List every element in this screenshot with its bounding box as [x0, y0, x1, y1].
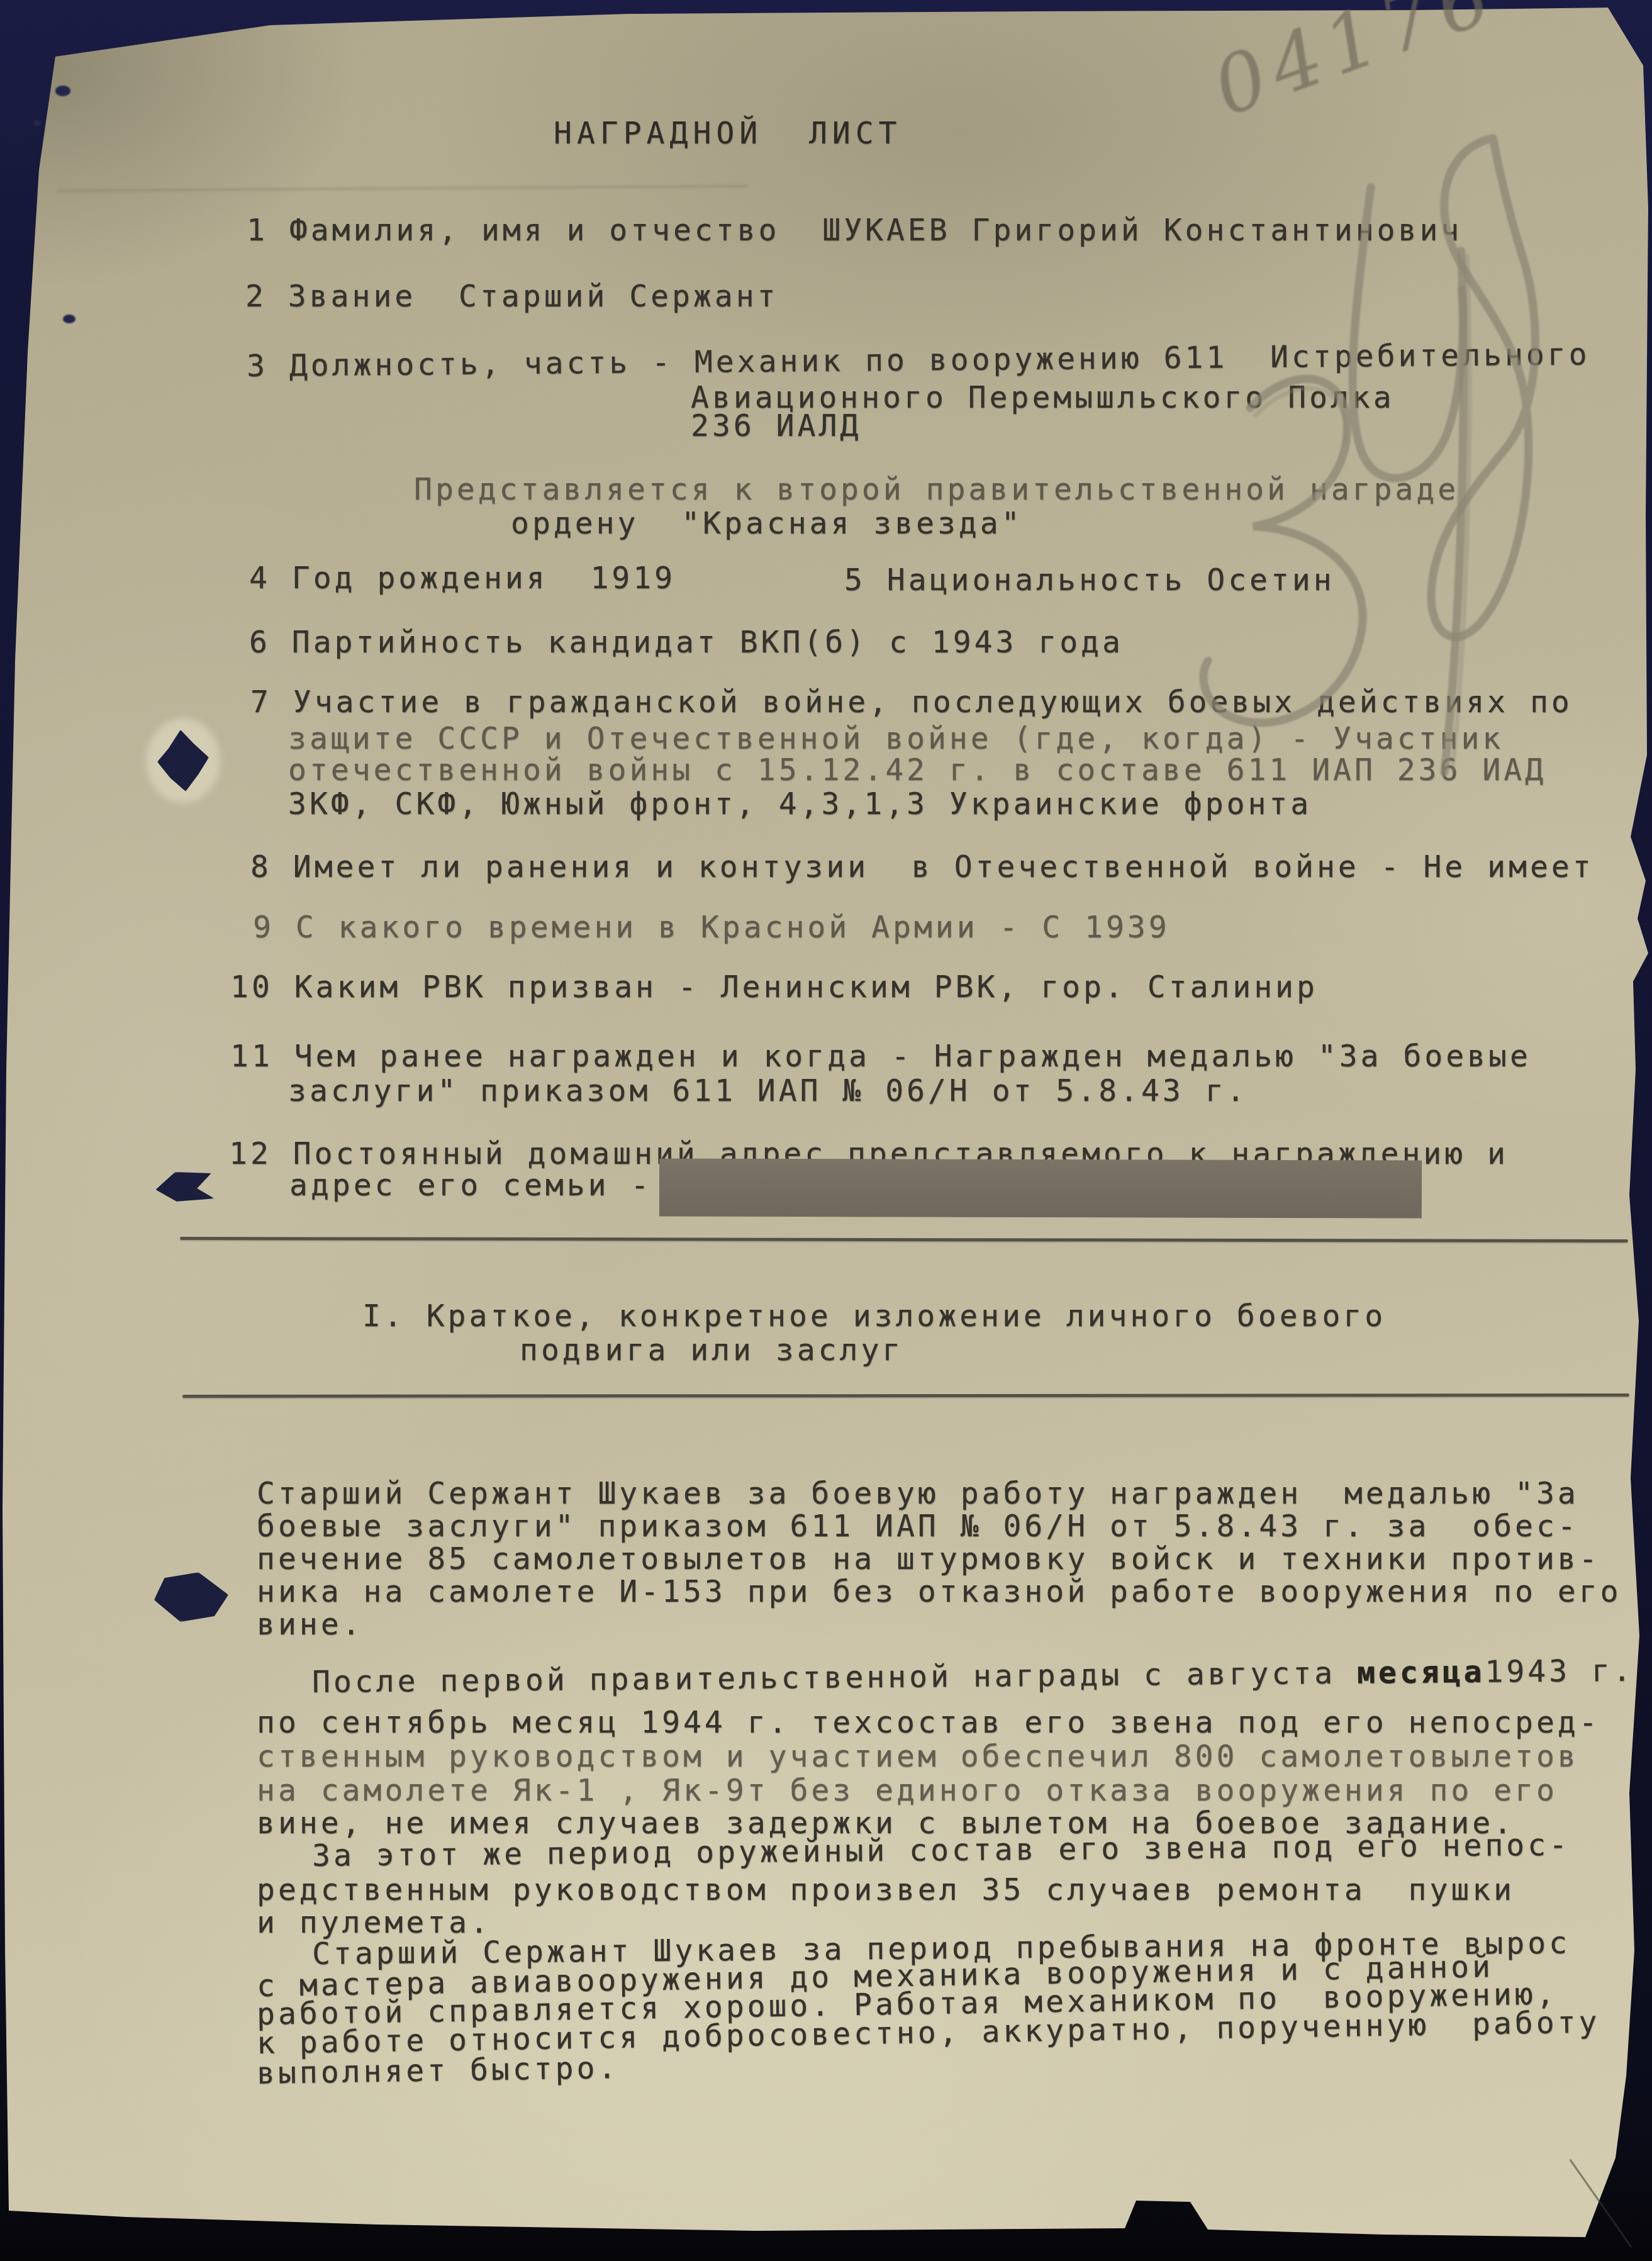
paragraph-1-line-1: Старший Сержант Шукаев за боевую работу …	[257, 1477, 1579, 1511]
field-8-wounds: 8 Имеет ли ранения и контузии в Отечеств…	[250, 851, 1594, 885]
paragraph-1-line-2: боевые заслуги" приказом 611 ИАП № 06/Н …	[257, 1510, 1579, 1544]
presented-award-line-2: ордену "Красная звезда"	[511, 507, 1023, 541]
presented-award-line-1: Представляется к второй правительственно…	[414, 473, 1459, 507]
paragraph-1-line-3: печение 85 самолетовылетов на штурмовку …	[257, 1543, 1600, 1577]
paragraph-2-line-1-bold: месяца	[1357, 1655, 1485, 1691]
field-7-line-4: ЗКФ, СКФ, Южный фронт, 4,3,1,3 Украински…	[288, 788, 1312, 822]
field-4-birth-year: 4 Год рождения 1919	[249, 562, 676, 596]
field-1-name: 1 Фамилия, имя и отчество ШУКАЕВ Григори…	[247, 214, 1462, 248]
field-3-position-line-3: 236 ИАЛД	[691, 410, 861, 444]
field-7-line-3: отечественной войны с 15.12.42 г. в сост…	[288, 754, 1546, 788]
scanned-document-page: { "doc": { "title": "НАГРАДНОЙ ЛИСТ", "p…	[0, 0, 1652, 2261]
paragraph-2-line-3: ственным руководством и участием обеспеч…	[257, 1740, 1579, 1774]
paragraph-2-line-2: по сентябрь месяц 1944 г. техсостав его …	[257, 1706, 1600, 1740]
paragraph-2-line-4: на самолете Як-1 , Як-9т без единого отк…	[257, 1774, 1558, 1808]
field-11-line-1: 11 Чем ранее награжден и когда - Награжд…	[230, 1040, 1531, 1074]
field-11-line-2: заслуги" приказом 611 ИАП № 06/Н от 5.8.…	[288, 1075, 1247, 1108]
section-1-heading-line-1: I. Краткое, конкретное изложение личного…	[362, 1300, 1386, 1334]
field-12-line-2: адрес его семьи -	[289, 1169, 652, 1203]
paragraph-4-line-5: выполняет быстро.	[257, 2052, 620, 2091]
paragraph-1-line-5: вине.	[257, 1608, 364, 1642]
paragraph-2-line-1-post: 1943 г.	[1485, 1653, 1634, 1690]
field-7-line-1: 7 Участие в гражданской войне, последующ…	[250, 686, 1573, 720]
paper-speck	[55, 86, 70, 96]
section-1-heading-line-2: подвига или заслуг	[520, 1334, 903, 1368]
redaction-block	[659, 1158, 1422, 1218]
field-6-party: 6 Партийность кандидат ВКП(б) с 1943 год…	[249, 626, 1124, 660]
field-2-rank: 2 Звание Старший Сержант	[245, 280, 778, 314]
paper-speck	[33, 120, 41, 126]
field-10-drafted-by: 10 Каким РВК призван - Ленинским РВК, го…	[230, 971, 1318, 1005]
field-5-nationality: 5 Национальность Осетин	[844, 564, 1335, 598]
paragraph-1-line-4: ника на самолете И-153 при без отказной …	[257, 1575, 1622, 1609]
field-7-line-2: защите СССР и Отечественной войне (где, …	[288, 722, 1504, 756]
field-9-army-since: 9 С какого времени в Красной Армии - С 1…	[253, 911, 1170, 945]
document-title: НАГРАДНОЙ ЛИСТ	[554, 117, 901, 151]
paper-speck	[63, 315, 75, 323]
paragraph-3-line-2: редственным руководством произвел 35 слу…	[257, 1873, 1515, 1907]
